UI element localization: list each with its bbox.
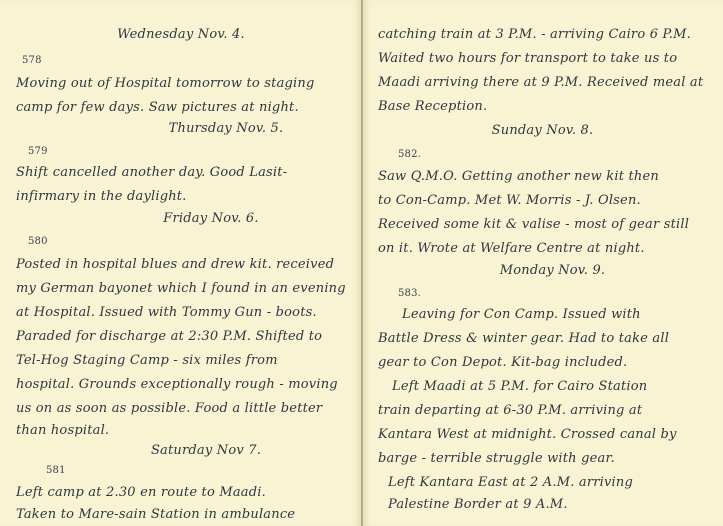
entry-line: barge - terrible struggle with gear. bbox=[362, 450, 723, 474]
entry-line: Taken to Mare-sain Station in ambulance bbox=[0, 506, 362, 526]
entry-date: Friday Nov. 6. bbox=[0, 210, 362, 234]
entry-line: catching train at 3 P.M. - arriving Cair… bbox=[362, 26, 723, 50]
entry-line: Saw Q.M.O. Getting another new kit then bbox=[362, 168, 723, 192]
entry-number: 582. bbox=[398, 146, 723, 170]
entry-line: train departing at 6-30 P.M. arriving at bbox=[362, 402, 723, 426]
entry-date: Monday Nov. 9. bbox=[362, 262, 723, 286]
entry-line: us on as soon as possible. Food a little… bbox=[0, 400, 362, 424]
entry-line: to Con-Camp. Met W. Morris - J. Olsen. bbox=[362, 192, 723, 216]
entry-line: Moving out of Hospital tomorrow to stagi… bbox=[0, 75, 362, 99]
entry-line: Battle Dress & winter gear. Had to take … bbox=[362, 330, 723, 354]
entry-line: Tel-Hog Staging Camp - six miles from bbox=[0, 352, 362, 376]
entry-date: Wednesday Nov. 4. bbox=[0, 26, 362, 50]
entry-line: Posted in hospital blues and drew kit. r… bbox=[0, 256, 362, 280]
entry-number: 580 bbox=[28, 233, 362, 257]
entry-line: Palestine Border at 9 A.M. bbox=[362, 496, 723, 520]
diary-spread: Wednesday Nov. 4. 578 Moving out of Hosp… bbox=[0, 0, 723, 526]
entry-line: Base Reception. bbox=[362, 98, 723, 122]
entry-line: Kantara West at midnight. Crossed canal … bbox=[362, 426, 723, 450]
entry-line: my German bayonet which I found in an ev… bbox=[0, 280, 362, 304]
entry-line: Left camp at 2.30 en route to Maadi. bbox=[0, 484, 362, 508]
entry-line: hospital. Grounds exceptionally rough - … bbox=[0, 376, 362, 400]
entry-line: on it. Wrote at Welfare Centre at night. bbox=[362, 240, 723, 264]
entry-line: Shift cancelled another day. Good Lasit- bbox=[0, 164, 362, 188]
entry-line: at Hospital. Issued with Tommy Gun - boo… bbox=[0, 304, 362, 328]
entry-line: Maadi arriving there at 9 P.M. Received … bbox=[362, 74, 723, 98]
entry-number: 581 bbox=[46, 462, 362, 486]
right-page: catching train at 3 P.M. - arriving Cair… bbox=[362, 0, 723, 526]
book-spine bbox=[361, 0, 363, 526]
left-page: Wednesday Nov. 4. 578 Moving out of Hosp… bbox=[0, 0, 362, 526]
entry-line: infirmary in the daylight. bbox=[0, 188, 362, 212]
entry-number: 578 bbox=[22, 52, 362, 76]
entry-line: Left Kantara East at 2 A.M. arriving bbox=[362, 474, 723, 498]
entry-line: gear to Con Depot. Kit-bag included. bbox=[362, 354, 723, 378]
entry-line: Waited two hours for transport to take u… bbox=[362, 50, 723, 74]
entry-line: Left Maadi at 5 P.M. for Cairo Station bbox=[362, 378, 723, 402]
entry-line: Paraded for discharge at 2:30 P.M. Shift… bbox=[0, 328, 362, 352]
entry-date: Sunday Nov. 8. bbox=[362, 122, 723, 146]
entry-line: Leaving for Con Camp. Issued with bbox=[362, 306, 723, 330]
entry-date: Thursday Nov. 5. bbox=[0, 120, 362, 144]
entry-line: Received some kit & valise - most of gea… bbox=[362, 216, 723, 240]
